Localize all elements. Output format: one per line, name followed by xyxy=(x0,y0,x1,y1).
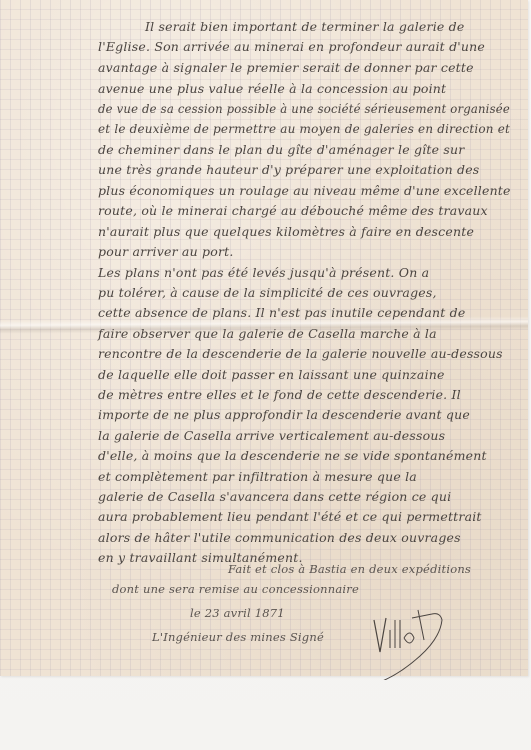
letter-line: pour arriver au port. xyxy=(98,243,234,261)
letter-line: Il serait bien important de terminer la … xyxy=(145,18,464,36)
letter-line: et complètement par infiltration à mesur… xyxy=(98,468,417,486)
closing-line: le 23 avril 1871 xyxy=(190,604,285,622)
letter-line: route, où le minerai chargé au débouché … xyxy=(98,202,488,220)
closing-line: L'Ingénieur des mines Signé xyxy=(152,628,324,646)
letter-line: cette absence de plans. Il n'est pas inu… xyxy=(98,304,465,322)
letter-line: une très grande hauteur d'y préparer une… xyxy=(98,161,479,179)
letter-line: aura probablement lieu pendant l'été et … xyxy=(98,508,482,526)
letter-line: n'aurait plus que quelques kilomètres à … xyxy=(98,223,474,241)
letter-line: l'Eglise. Son arrivée au minerai en prof… xyxy=(98,38,485,56)
letter-line: Les plans n'ont pas été levés jusqu'à pr… xyxy=(98,264,429,282)
letter-line: de laquelle elle doit passer en laissant… xyxy=(98,366,445,384)
letter-line: avenue une plus value réelle à la conces… xyxy=(98,80,446,98)
letter-line: de mètres entre elles et le fond de cett… xyxy=(98,386,461,404)
letter-line: d'elle, à moins que la descenderie ne se… xyxy=(98,447,487,465)
handwritten-signature xyxy=(372,590,472,680)
letter-line: la galerie de Casella arrive verticaleme… xyxy=(98,427,445,445)
closing-line: dont une sera remise au concessionnaire xyxy=(112,580,359,598)
letter-line: et le deuxième de permettre au moyen de … xyxy=(98,120,510,138)
letter-line: galerie de Casella s'avancera dans cette… xyxy=(98,488,451,506)
scanned-document: Il serait bien important de terminer la … xyxy=(0,0,531,750)
letter-line: de cheminer dans le plan du gîte d'aména… xyxy=(98,141,464,159)
letter-line: plus économiques un roulage au niveau mê… xyxy=(98,182,511,200)
letter-line: pu tolérer, à cause de la simplicité de … xyxy=(98,284,437,302)
letter-line: de vue de sa cession possible à une soci… xyxy=(98,100,510,118)
letter-line: avantage à signaler le premier serait de… xyxy=(98,59,474,77)
letter-line: rencontre de la descenderie de la galeri… xyxy=(98,345,503,363)
letter-line: faire observer que la galerie de Casella… xyxy=(98,325,437,343)
letter-line: importe de ne plus approfondir la descen… xyxy=(98,406,470,424)
letter-line: alors de hâter l'utile communication des… xyxy=(98,529,461,547)
closing-line: Fait et clos à Bastia en deux expédition… xyxy=(228,560,471,578)
